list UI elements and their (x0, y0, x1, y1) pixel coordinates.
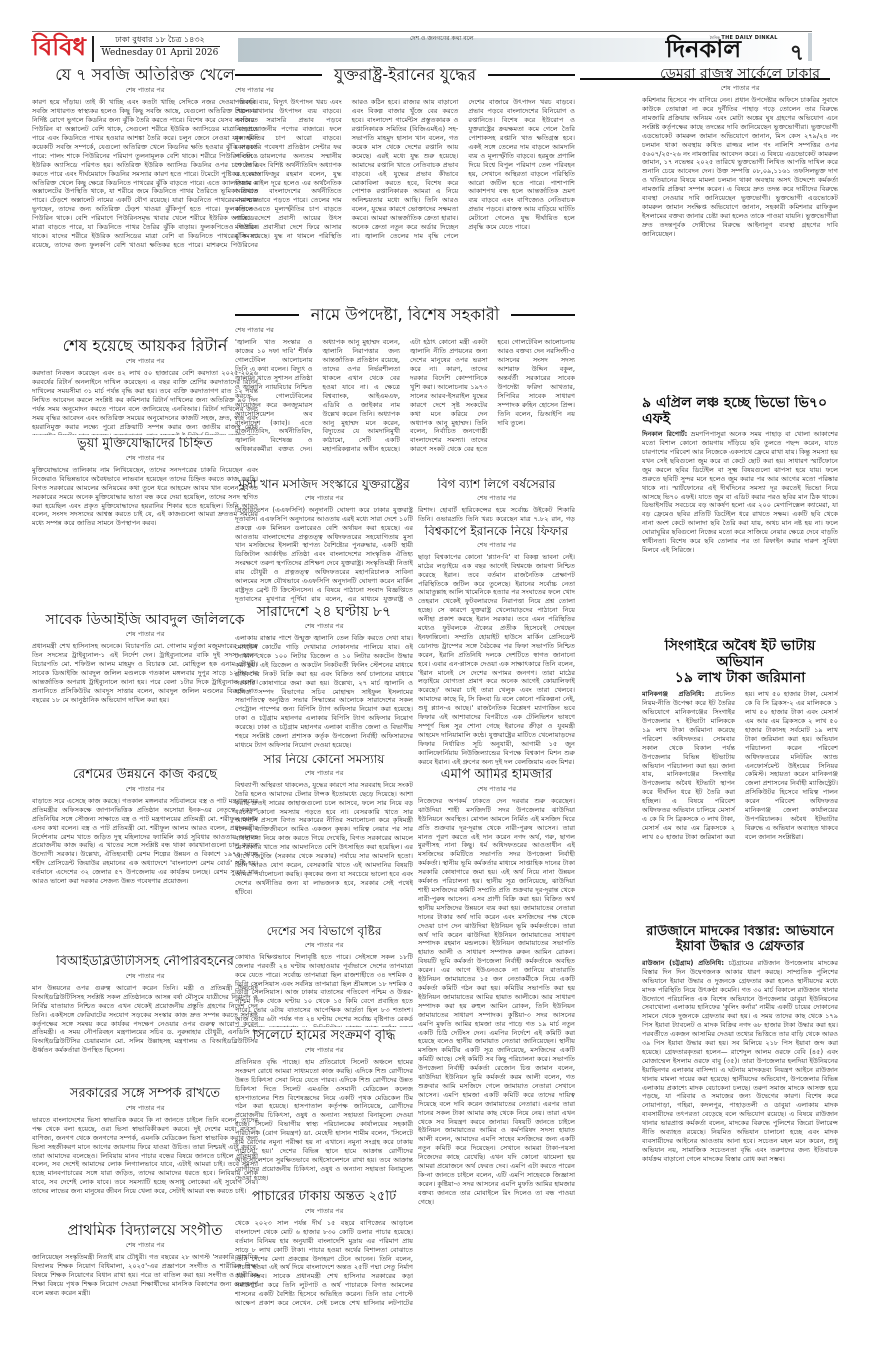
continued-label: শেষ পাতার পর (642, 83, 838, 94)
article-singair-brick: সিংগাইরে অবৈধ ইট ভাটায় অভিযান ১৯ লাখ টা… (642, 638, 838, 918)
headline: রেশমের উন্নয়নে কাজ করছে (32, 768, 258, 783)
masthead-divider (92, 36, 94, 62)
article-body: পরিবহন ব্যয়, বিদ্যুৎ উৎপাদন খরচ এবং শিল… (235, 98, 575, 241)
continued-label: শেষ পাতার পর (32, 784, 258, 795)
continued-label: শেষ পাতার পর (235, 85, 575, 96)
article-fuel-87: সারাদেশে ২৪ ঘণ্টায় ৮৭ শেষ পাতার পর এলাক… (235, 604, 413, 752)
headline: ভুয়া মুক্তিযোদ্ধাদের চিহ্নিত (32, 437, 258, 452)
continued-label: শেষ পাতার পর (32, 1103, 258, 1114)
article-text: প্রচলিত নিয়ম-নীতি উপেক্ষা করে ইট তৈরির … (642, 690, 838, 841)
article-tax-return: শেষ হয়েছে আয়কর রিটার্ন শেষ পাতার পর কর… (32, 337, 258, 435)
article-silk: রেশমের উন্নয়নে কাজ করছে শেষ পাতার পর বা… (32, 768, 258, 953)
headline: যুক্তরাষ্ট্র-ইরানের যুদ্ধের (322, 66, 488, 84)
article-dig-abdul-jalil: সাবেক ডিআইজি আবদুল জলিলকে শেষ পাতার পর প… (32, 612, 258, 767)
continued-label: শেষ পাতার পর (235, 1045, 413, 1056)
continued-label: শেষ পাতার পর (235, 1206, 413, 1217)
headline-row: যুক্তরাষ্ট্র-ইরানের যুদ্ধের (235, 66, 575, 84)
headline: নামে উপদেষ্টা, বিশেষ সহকারী (299, 306, 512, 324)
byline: রাউজান (চট্টগ্রাম) প্রতিনিধি: (642, 959, 724, 967)
date-english: Wednesday 01 April 2026 (101, 47, 218, 60)
continued-label: শেষ পাতার পর (418, 784, 575, 795)
rule (235, 314, 299, 316)
headline: সার নিয়ে কোনো সমস্যায় (235, 753, 413, 767)
continued-label: শেষ পাতার পর (32, 971, 258, 982)
article-raozan-drugs: রাউজানে মাদকের বিস্তার: অভিযানে ইয়াবা উ… (642, 925, 838, 1335)
article-text: ভ্রমণপিপাসুরা অনেক সময় পাহাড় বা খোলা আ… (642, 430, 838, 554)
article-body: কারণ হয়ে দাঁড়ায়। তাই কী খাচ্ছি এবং কত… (32, 98, 258, 250)
continued-label: শেষ পাতার পর (235, 940, 413, 951)
continued-label: শেষ পাতার পর (32, 453, 258, 464)
article-body: রিশাদ। হোবার্ট হারিকেন্সের হয়ে সর্বোচ্চ… (418, 506, 575, 523)
article-world-cup-iran: বিশ্বকাপে ইরানকে নিয়ে ফিফার শেষ পাতার প… (418, 525, 575, 765)
headline: সারাদেশে ২৪ ঘণ্টায় ৮৭ (235, 604, 413, 620)
headline: দেশের সব বিভাগে বৃষ্টির (235, 925, 413, 939)
brand-tagline: দেশ ও জনগণের কথা বলে (410, 33, 473, 44)
continued-label: শেষ পাতার পর (32, 629, 258, 640)
headline: সাবেক ডিআইজি আবদুল জলিলকে (32, 612, 258, 628)
article-government-relations: সরকারের সঙ্গে সম্পর্ক রাখতে শেষ পাতার পর… (32, 1087, 258, 1222)
article-body: কোথাও বিক্ষিপ্তভাবে শিলাবৃষ্টি হতে পারে।… (235, 953, 413, 1027)
article-body: ছাড়া বিশ্বকাপের কোনো 'প্ল্যান-বি' বা বি… (418, 553, 575, 765)
headline-line-2: ইয়াবা উদ্ধার ও গ্রেফতার (642, 940, 838, 955)
continued-label: শেষ পাতার পর (235, 621, 413, 632)
byline: দিনকাল রিপোর্ট: (642, 430, 687, 438)
continued-label: শেষ পাতার পর (32, 356, 258, 367)
headline-line-1: রাউজানে মাদকের বিস্তার: অভিযানে (642, 925, 838, 940)
article-fertilizer: সার নিয়ে কোনো সমস্যায় শেষ পাতার পর বিশ… (235, 753, 413, 923)
article-body: দিনকাল রিপোর্ট: ভ্রমণপিপাসুরা অনেক সময় … (642, 430, 838, 555)
article-body: থেকে ২০২৩ সাল পর্যন্ত দীর্ঘ ১৫ বছরে বাণি… (235, 1219, 413, 1305)
article-us-iran-war: যুক্তরাষ্ট্র-ইরানের যুদ্ধের শেষ পাতার পর… (235, 66, 575, 304)
headline-line-1: সিংগাইরে অবৈধ ইট ভাটায় অভিযান (642, 638, 838, 670)
continued-label: শেষ পাতার পর (235, 493, 413, 504)
rule (235, 74, 322, 76)
article-biwtc: বিআইডব্লিউটিসিসহ নৌপরিবহনের শেষ পাতার পর… (32, 955, 258, 1085)
newspaper-brand: দৈনিক THE DAILY DINKAL দিনকাল (666, 33, 778, 62)
headline: সরকারের সঙ্গে সম্পর্ক রাখতে (32, 1087, 258, 1102)
continued-label: শেষ পাতার পর (418, 540, 575, 551)
article-freedom-fighters: ভুয়া মুক্তিযোদ্ধাদের চিহ্নিত শেষ পাতার … (32, 437, 258, 613)
rule (488, 74, 575, 76)
headline: শেষ হয়েছে আয়কর রিটার্ন (32, 337, 258, 355)
section-logo: বিবিধ (32, 34, 86, 60)
continued-label: শেষ পাতার পর (235, 768, 413, 779)
headline: বিশ্বকাপে ইরানকে নিয়ে ফিফার (418, 525, 575, 539)
article-big-bash: বিগ ব্যাশ লিগে বর্ষসেরার শেষ পাতার পর রি… (418, 478, 575, 523)
page-edge-decoration (808, 33, 812, 61)
continued-label: শেষ পাতার পর (418, 493, 575, 504)
masthead-left: বিবিধ ঢাকা বুধবার ১৮ চৈত্র ১৪৩২ Wednesda… (32, 34, 220, 62)
byline: মানিকগঞ্জ প্রতিনিধি: (642, 690, 704, 698)
article-body: এলাকায় রাস্তার পাশে উন্মুক্ত জ্বালানি ত… (235, 634, 413, 750)
date-bangla: ঢাকা বুধবার ১৮ চৈত্র ১৪৩২ (100, 34, 220, 47)
article-rain: দেশের সব বিভাগে বৃষ্টির শেষ পাতার পর কোথ… (235, 925, 413, 1027)
article-money-laundering: পাচারের টাকায় অন্তত ২৫টি শেষ পাতার পর থ… (235, 1190, 413, 1305)
article-body: নিজেদের অপকর্ম ঢাকতে দেন দরবার শুরু করেছ… (418, 797, 575, 1207)
article-body: বিশ্বব্যাপী অস্থিরতা থাকলেও, যুদ্ধের কার… (235, 781, 413, 897)
article-mp-amir-hamza: এমপি আমির হামজার শেষ পাতার পর নিজেদের অপ… (418, 768, 575, 1352)
headline: বিগ ব্যাশ লিগে বর্ষসেরার (418, 478, 575, 492)
article-body: মুক্তিযোদ্ধাদের তালিকায় নাম লিখিয়েছেন,… (32, 466, 258, 528)
headline: পাচারের টাকায় অন্তত ২৫টি (235, 1190, 413, 1205)
date-block: ঢাকা বুধবার ১৮ চৈত্র ১৪৩২ Wednesday 01 A… (100, 34, 220, 60)
brand-tag: দৈনিক (710, 35, 720, 42)
article-body: রাউজান (চট্টগ্রাম) প্রতিনিধি: চট্টগ্রামে… (642, 959, 838, 1164)
article-sylhet-measles: সিলেটে হামের সংক্রমণ বৃদ্ধি শেষ পাতার পর… (235, 1029, 413, 1189)
article-body: প্রিজারভেশন (এএফসিপি) অনুদানটি ঘোষণা করে… (235, 506, 413, 603)
headline: বিআইডব্লিউটিসিসহ নৌপরিবহনের (32, 955, 258, 970)
article-body: প্রতিনিয়ত বৃদ্ধি পাচ্ছে। হাম প্রতিরোধে … (235, 1058, 413, 1183)
article-text: চট্টগ্রামের রাউজান উপজেলায় মাদকের বিস্ত… (642, 959, 838, 1163)
headline: সিলেটে হামের সংক্রমণ বৃদ্ধি (235, 1029, 413, 1044)
continued-label: শেষ পাতার পর (32, 85, 258, 96)
article-body: মানিকগঞ্জ প্রতিনিধি: প্রচলিত নিয়ম-নীতি … (642, 690, 838, 841)
article-body: বাড়াতে সরে এসেছে কাজ করছে। গতকাল মঙ্গলব… (32, 797, 258, 886)
article-vivo-v70: ৯ এপ্রিল লঞ্চ হচ্ছে ভিভো ভি৭০ এফই দিনকাল… (642, 395, 838, 605)
headline: যে ৭ সবজি অতিরিক্ত খেলে (32, 66, 258, 84)
article-body: করদাতা নিবন্ধন করেছেন এবং ৪২ লাখ ৫০ হাজা… (32, 369, 258, 435)
article-body: ভারতে বাংলাদেশের ভিসা স্বাভাবিক করবে কি … (32, 1116, 258, 1196)
article-advisor-assistant: নামে উপদেষ্টা, বিশেষ সহকারী শেষ পাতার পর… (235, 306, 575, 476)
continued-label: শেষ পাতার পর (32, 1240, 258, 1251)
article-body: 'জ্বালানি খাত সংস্কার ও কাজের ১০ দফা দাব… (235, 338, 575, 454)
article-demra-revenue: ডেমরা রাজস্ব সার্কেলে ঢাকার শেষ পাতার পর… (642, 66, 838, 388)
headline-row: নামে উপদেষ্টা, বিশেষ সহকারী (235, 306, 575, 324)
article-body: কমিশনার হিসেবে পদ বাগিয়ে নেন। প্রধান উপ… (642, 96, 838, 239)
headline: ৯ এপ্রিল লঞ্চ হচ্ছে ভিভো ভি৭০ এফই (642, 395, 838, 427)
article-vegetables: যে ৭ সবজি অতিরিক্ত খেলে শেষ পাতার পর কার… (32, 66, 258, 250)
article-musa-khan-mosque: মুসা খান মসজিদ সংস্কারে যুক্তরাষ্ট্রের শ… (235, 478, 413, 603)
headline: এমপি আমির হামজার (418, 768, 575, 783)
article-body: জানিয়েছেন সংস্কৃতিমন্ত্রী নিতাই রায় চৌ… (32, 1253, 258, 1298)
brand-english: THE DAILY DINKAL (721, 35, 777, 41)
headline: মুসা খান মসজিদ সংস্কারে যুক্তরাষ্ট্রের (235, 478, 413, 492)
article-body: প্রধানমন্ত্রী শেখ হাসিনাসহ অনেকে। বিচারপ… (32, 642, 258, 704)
headline-line-2: ১৯ লাখ টাকা জরিমানা (642, 670, 838, 686)
article-music-schools: প্রাথমিক বিদ্যালয়ে সংগীত শেষ পাতার পর জ… (32, 1222, 258, 1332)
continued-label: শেষ পাতার পর (235, 325, 575, 336)
headline: ডেমরা রাজস্ব সার্কেলে ঢাকার (642, 66, 838, 82)
headline: প্রাথমিক বিদ্যালয়ে সংগীত (32, 1222, 258, 1239)
rule (511, 314, 575, 316)
article-body: মান উন্নয়নের ওপর গুরুত্ব আরোপ করেন তিনি… (32, 984, 258, 1055)
